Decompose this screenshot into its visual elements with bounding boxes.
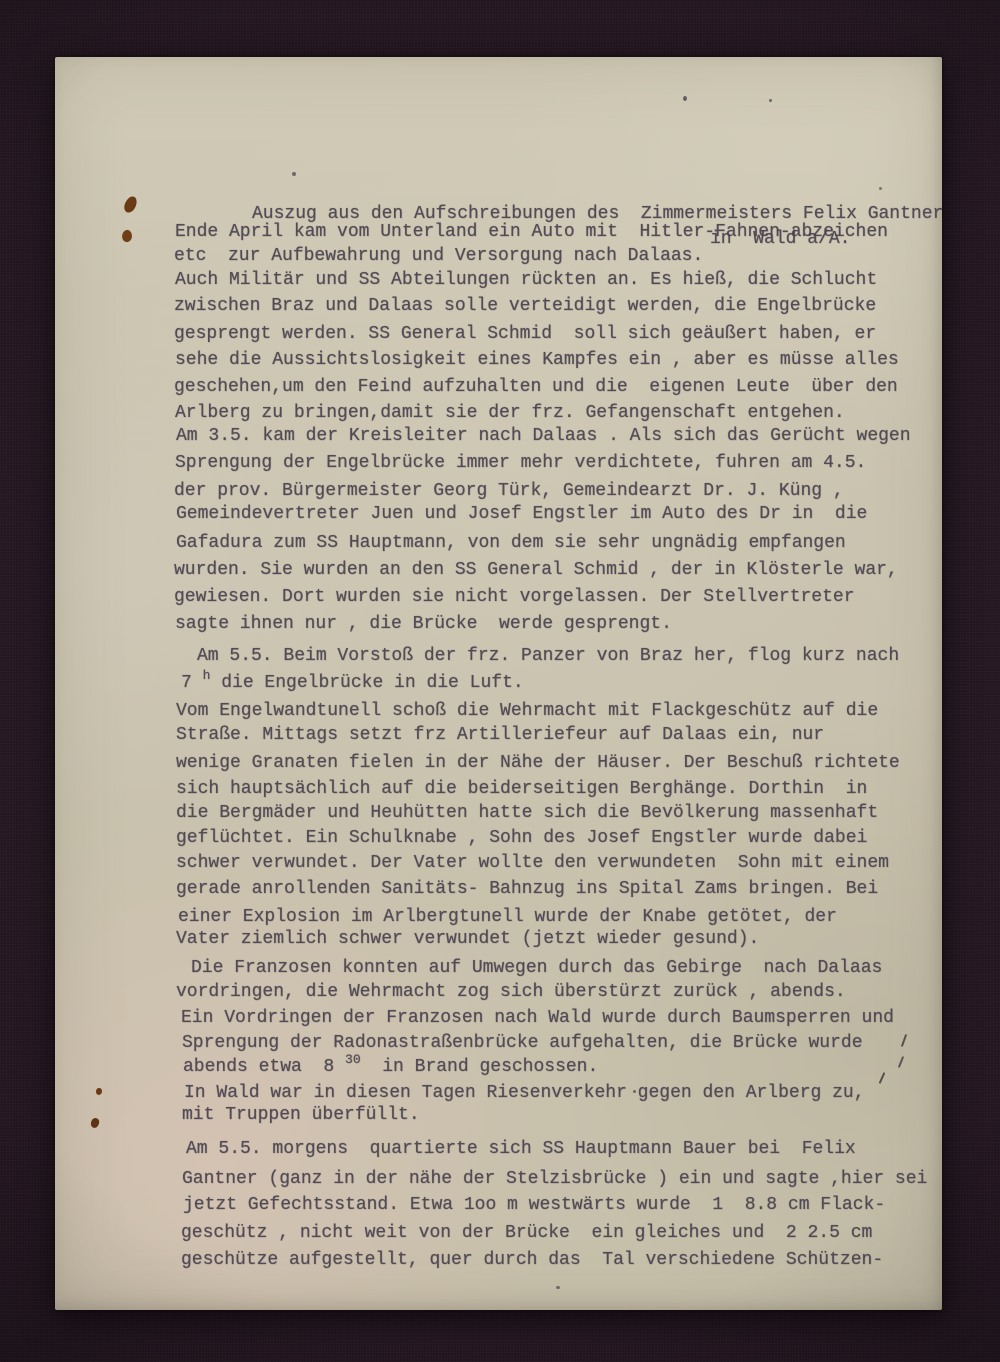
- document-line: Sprengung der Engelbrücke immer mehr ver…: [175, 454, 866, 472]
- document-line: vordringen, die Wehrmacht zog sich übers…: [176, 983, 846, 1001]
- ink-dot: [292, 172, 296, 176]
- ink-dot: [879, 187, 882, 190]
- document-line: Vom Engelwandtunell schoß die Wehrmacht …: [176, 702, 878, 720]
- document-line: Am 5.5. morgens quartierte sich SS Haupt…: [186, 1140, 856, 1158]
- document-line: sehe die Aussichtslosigkeit eines Kampfe…: [175, 351, 899, 369]
- document-line: gesprengt werden. SS General Schmid soll…: [174, 325, 876, 343]
- document-line: die Bergmäder und Heuhütten hatte sich d…: [176, 804, 878, 822]
- document-line: sich hauptsächlich auf die beiderseitige…: [176, 780, 867, 798]
- document-line: Am 3.5. kam der Kreisleiter nach Dalaas …: [176, 427, 911, 445]
- document-line: wurden. Sie wurden an den SS General Sch…: [174, 561, 898, 579]
- document-line: Gafadura zum SS Hauptmann, von dem sie s…: [176, 534, 846, 552]
- ink-dot: [769, 99, 772, 102]
- document-line: Auch Militär und SS Abteilungen rückten …: [175, 271, 877, 289]
- superscript-text: 30: [345, 1052, 361, 1067]
- superscript-text: h: [203, 668, 211, 683]
- document-line: mit Truppen überfüllt.: [182, 1106, 420, 1124]
- document-line: etc zur Aufbewahrung und Versorgung nach…: [174, 247, 703, 265]
- document-line: jetzt Gefechtsstand. Etwa 1oo m westwärt…: [183, 1196, 885, 1214]
- document-line: geflüchtet. Ein Schulknabe , Sohn des Jo…: [176, 829, 867, 847]
- document-line: abends etwa 8 30 in Brand geschossen.: [183, 1058, 598, 1076]
- document-line: der prov. Bürgermeister Georg Türk, Geme…: [174, 482, 844, 500]
- ink-dot: [633, 1090, 636, 1093]
- document-line: Arlberg zu bringen,damit sie der frz. Ge…: [175, 404, 845, 422]
- document-line: sagte ihnen nur , die Brücke werde gespr…: [175, 615, 672, 633]
- document-line: Die Franzosen konnten auf Umwegen durch …: [191, 959, 882, 977]
- ink-dot: [556, 1286, 560, 1289]
- document-line: Gemeindevertreter Juen und Josef Engstle…: [176, 505, 867, 523]
- document-line: Am 5.5. Beim Vorstoß der frz. Panzer von…: [197, 647, 899, 665]
- document-line: einer Explosion im Arlbergtunell wurde d…: [178, 908, 837, 926]
- document-line: Ein Vordringen der Franzosen nach Wald w…: [181, 1009, 894, 1027]
- document-line: In Wald war in diesen Tagen Riesenverkeh…: [184, 1084, 865, 1102]
- document-line: geschehen,um den Feind aufzuhalten und d…: [174, 378, 898, 396]
- document-line: 7 h die Engelbrücke in die Luft.: [181, 674, 524, 692]
- document-line: wenige Granaten fielen in der Nähe der H…: [176, 754, 900, 772]
- document-line: gerade anrollenden Sanitäts- Bahnzug ins…: [176, 880, 878, 898]
- document-line: zwischen Braz und Dalaas solle verteidig…: [174, 297, 876, 315]
- ink-dot: [683, 96, 687, 101]
- document-line: gewiesen. Dort wurden sie nicht vorgelas…: [174, 588, 855, 606]
- document-line: Sprengung der Radonastraßenbrücke aufgeh…: [182, 1034, 863, 1052]
- document-title-line1: Auszug aus den Aufschreibungen des Zimme…: [252, 205, 943, 223]
- document-line: geschütze aufgestellt, quer durch das Ta…: [181, 1251, 883, 1269]
- document-line: geschütz , nicht weit von der Brücke ein…: [181, 1224, 872, 1242]
- document-line: Ende April kam vom Unterland ein Auto mi…: [175, 223, 888, 241]
- document-line: schwer verwundet. Der Vater wollte den v…: [176, 854, 889, 872]
- document-line: Straße. Mittags setzt frz Artilleriefeur…: [176, 726, 824, 744]
- document-line: Vater ziemlich schwer verwundet (jetzt w…: [176, 930, 759, 948]
- document-line: Gantner (ganz in der nähe der Stelzisbrü…: [182, 1170, 927, 1188]
